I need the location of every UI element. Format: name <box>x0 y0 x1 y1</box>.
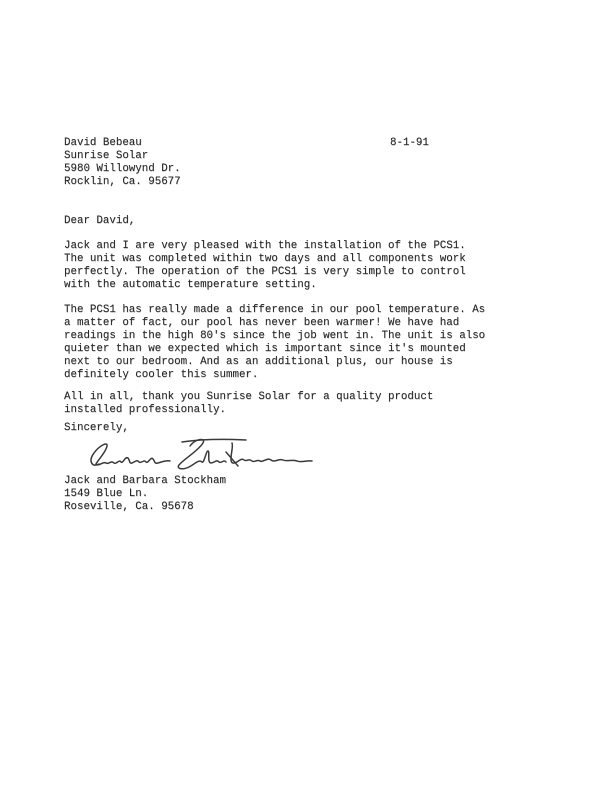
signature-ink-icon <box>86 433 322 473</box>
signature-handwriting <box>86 433 322 473</box>
paragraph-installation: Jack and I are very pleased with the ins… <box>64 240 550 292</box>
paragraph-thanks: All in all, thank you Sunrise Solar for … <box>64 391 550 417</box>
scanned-letter-page: David Bebeau Sunrise Solar 5980 Willowyn… <box>0 0 612 791</box>
paragraph-pool-temperature: The PCS1 has really made a difference in… <box>64 304 550 382</box>
letter-body: David Bebeau Sunrise Solar 5980 Willowyn… <box>64 137 550 514</box>
recipient-address: David Bebeau Sunrise Solar 5980 Willowyn… <box>64 137 550 189</box>
sender-address: Jack and Barbara Stockham 1549 Blue Ln. … <box>64 475 550 514</box>
letter-header: David Bebeau Sunrise Solar 5980 Willowyn… <box>64 137 550 189</box>
salutation: Dear David, <box>64 215 550 228</box>
letter-date: 8-1-91 <box>390 137 429 150</box>
